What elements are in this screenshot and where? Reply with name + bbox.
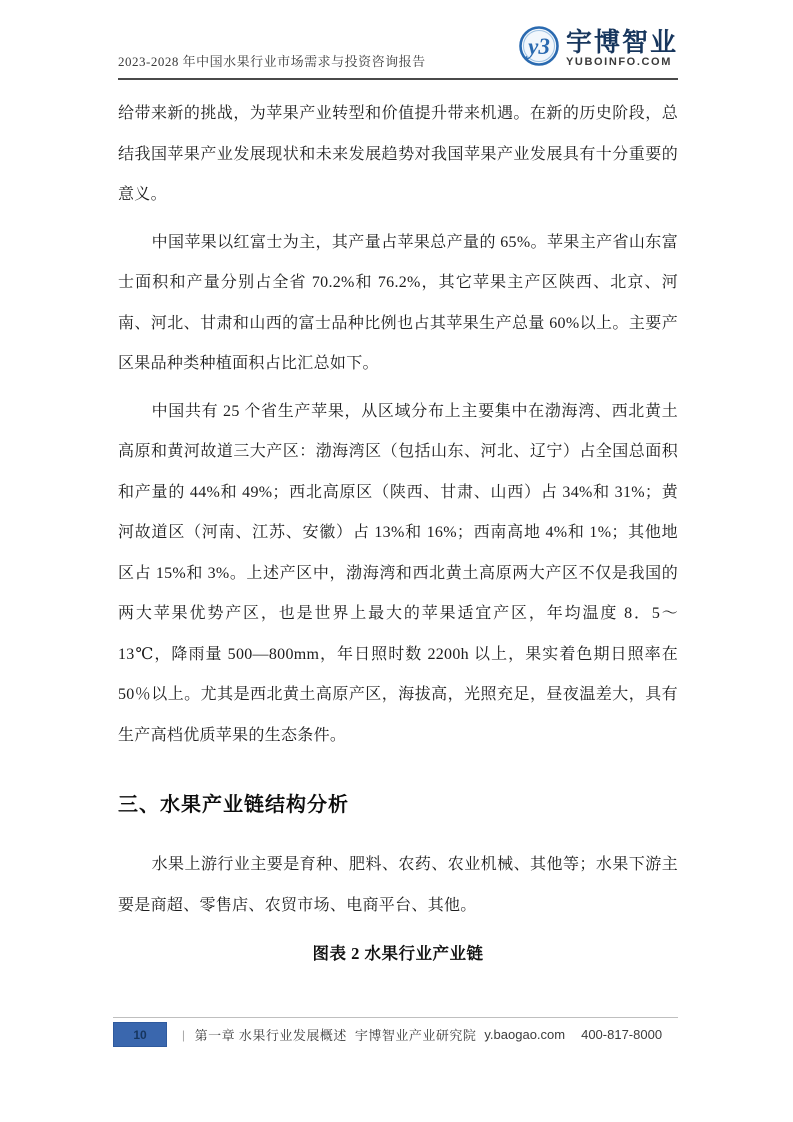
logo-wordmark: 宇博智业 YUBOINFO.COM	[566, 29, 678, 68]
body-paragraph-continuation: 给带来新的挑战，为苹果产业转型和价值提升带来机遇。在新的历史阶段，总结我国苹果产…	[118, 94, 678, 216]
document-page: 2023-2028 年中国水果行业市场需求与投资咨询报告 y3 宇博智业 YUB…	[0, 0, 793, 1122]
yubo-monogram-icon: y3	[518, 25, 560, 72]
footer-chapter-label: 第一章 水果行业发展概述	[195, 1025, 347, 1044]
footer-divider	[113, 1017, 678, 1018]
page-header: 2023-2028 年中国水果行业市场需求与投资咨询报告 y3 宇博智业 YUB…	[118, 0, 678, 80]
body-paragraph-upstream-downstream: 水果上游行业主要是育种、肥料、农药、农业机械、其他等；水果下游主要是商超、零售店…	[118, 845, 678, 926]
logo-brand-en: YUBOINFO.COM	[566, 57, 678, 68]
footer-website: y.baogao.com	[484, 1027, 565, 1042]
body-paragraph-fuji-share: 中国苹果以红富士为主，其产量占苹果总产量的 65%。苹果主产省山东富士面积和产量…	[118, 223, 678, 385]
page-number-badge: 10	[113, 1022, 167, 1047]
document-body: 给带来新的挑战，为苹果产业转型和价值提升带来机遇。在新的历史阶段，总结我国苹果产…	[118, 80, 678, 964]
svg-text:y3: y3	[525, 34, 550, 59]
section-heading-industry-chain: 三、水果产业链结构分析	[118, 788, 678, 817]
company-logo: y3 宇博智业 YUBOINFO.COM	[518, 25, 678, 78]
page-footer: 10 | 第一章 水果行业发展概述 宇博智业产业研究院 y.baogao.com…	[113, 1017, 678, 1047]
footer-organization: 宇博智业产业研究院	[355, 1025, 477, 1044]
logo-brand-cn: 宇博智业	[566, 29, 678, 55]
footer-separator: |	[182, 1027, 185, 1043]
footer-text: | 第一章 水果行业发展概述 宇博智业产业研究院 y.baogao.com 40…	[182, 1025, 662, 1044]
report-title: 2023-2028 年中国水果行业市场需求与投资咨询报告	[118, 51, 426, 78]
body-paragraph-production-regions: 中国共有 25 个省生产苹果，从区域分布上主要集中在渤海湾、西北黄土高原和黄河故…	[118, 392, 678, 757]
figure-caption: 图表 2 水果行业产业链	[118, 940, 678, 964]
footer-phone: 400-817-8000	[581, 1027, 662, 1042]
footer-row: 10 | 第一章 水果行业发展概述 宇博智业产业研究院 y.baogao.com…	[113, 1022, 678, 1047]
